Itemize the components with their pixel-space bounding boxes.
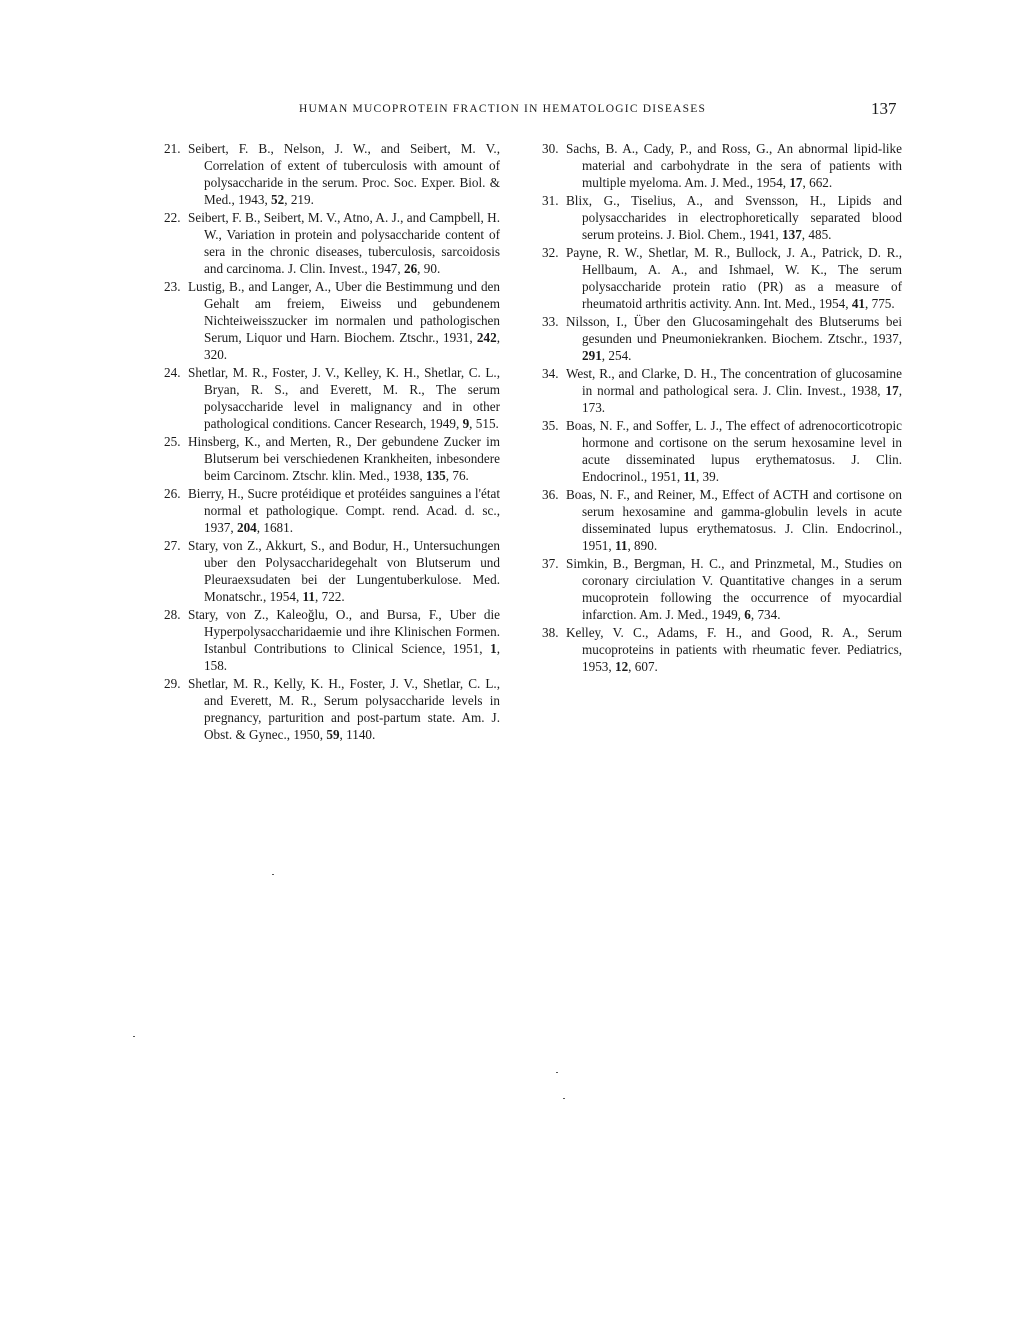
reference-pages: , 1140.: [340, 727, 376, 742]
reference-pages: , 775.: [865, 296, 895, 311]
reference-number: 21.: [164, 140, 188, 157]
reference-text: Shetlar, M. R., Foster, J. V., Kelley, K…: [188, 365, 500, 431]
reference-volume: 137: [782, 227, 802, 242]
reference-pages: , 607.: [628, 659, 658, 674]
reference-volume: 59: [326, 727, 339, 742]
reference-pages: , 254.: [602, 348, 632, 363]
reference-item: 24.Shetlar, M. R., Foster, J. V., Kelley…: [164, 364, 500, 432]
reference-text: West, R., and Clarke, D. H., The concent…: [566, 366, 902, 398]
reference-text: Bierry, H., Sucre protéidique et protéid…: [188, 486, 500, 535]
reference-volume: 12: [615, 659, 628, 674]
reference-number: 37.: [542, 555, 566, 572]
reference-number: 36.: [542, 486, 566, 503]
reference-number: 35.: [542, 417, 566, 434]
reference-pages: , 219.: [284, 192, 314, 207]
reference-text: Seibert, F. B., Nelson, J. W., and Seibe…: [188, 141, 500, 207]
reference-volume: 135: [426, 468, 446, 483]
reference-pages: , 90.: [417, 261, 440, 276]
reference-text: Boas, N. F., and Soffer, L. J., The effe…: [566, 418, 902, 484]
reference-text: Lustig, B., and Langer, A., Uber die Bes…: [188, 279, 500, 345]
reference-text: Blix, G., Tiselius, A., and Svensson, H.…: [566, 193, 902, 242]
reference-item: 23.Lustig, B., and Langer, A., Uber die …: [164, 278, 500, 363]
reference-volume: 41: [852, 296, 865, 311]
reference-item: 29.Shetlar, M. R., Kelly, K. H., Foster,…: [164, 675, 500, 743]
reference-item: 36.Boas, N. F., and Reiner, M., Effect o…: [542, 486, 902, 554]
reference-number: 30.: [542, 140, 566, 157]
reference-number: 34.: [542, 365, 566, 382]
reference-number: 22.: [164, 209, 188, 226]
reference-number: 27.: [164, 537, 188, 554]
reference-number: 24.: [164, 364, 188, 381]
reference-text: Stary, von Z., Kaleoğlu, O., and Bursa, …: [188, 607, 500, 656]
scan-speck: [556, 1072, 558, 1073]
reference-number: 28.: [164, 606, 188, 623]
reference-number: 29.: [164, 675, 188, 692]
reference-item: 25.Hinsberg, K., and Merten, R., Der geb…: [164, 433, 500, 484]
reference-item: 27.Stary, von Z., Akkurt, S., and Bodur,…: [164, 537, 500, 605]
reference-item: 30.Sachs, B. A., Cady, P., and Ross, G.,…: [542, 140, 902, 191]
reference-pages: , 515.: [469, 416, 499, 431]
reference-volume: 11: [683, 469, 695, 484]
page-number: 137: [871, 99, 897, 119]
reference-pages: , 890.: [627, 538, 657, 553]
references-column-left: 21.Seibert, F. B., Nelson, J. W., and Se…: [164, 140, 500, 744]
scan-speck: [133, 1036, 135, 1037]
reference-pages: , 39.: [696, 469, 719, 484]
scan-speck: [272, 874, 274, 875]
reference-text: Sachs, B. A., Cady, P., and Ross, G., An…: [566, 141, 902, 190]
reference-volume: 291: [582, 348, 602, 363]
reference-item: 34.West, R., and Clarke, D. H., The conc…: [542, 365, 902, 416]
reference-item: 32.Payne, R. W., Shetlar, M. R., Bullock…: [542, 244, 902, 312]
reference-pages: , 722.: [315, 589, 345, 604]
reference-pages: , 76.: [446, 468, 469, 483]
reference-text: Nilsson, I., Über den Glucosamingehalt d…: [566, 314, 902, 346]
reference-pages: , 485.: [802, 227, 832, 242]
reference-volume: 1: [490, 641, 497, 656]
reference-volume: 26: [404, 261, 417, 276]
reference-text: Seibert, F. B., Seibert, M. V., Atno, A.…: [188, 210, 500, 276]
reference-volume: 204: [237, 520, 257, 535]
reference-volume: 11: [615, 538, 627, 553]
reference-number: 33.: [542, 313, 566, 330]
reference-number: 32.: [542, 244, 566, 261]
running-head: HUMAN MUCOPROTEIN FRACTION IN HEMATOLOGI…: [299, 103, 706, 115]
reference-item: 26.Bierry, H., Sucre protéidique et prot…: [164, 485, 500, 536]
reference-number: 38.: [542, 624, 566, 641]
reference-pages: , 662.: [803, 175, 833, 190]
reference-item: 31.Blix, G., Tiselius, A., and Svensson,…: [542, 192, 902, 243]
reference-number: 23.: [164, 278, 188, 295]
reference-item: 28.Stary, von Z., Kaleoğlu, O., and Burs…: [164, 606, 500, 674]
reference-volume: 17: [789, 175, 802, 190]
reference-volume: 242: [477, 330, 497, 345]
reference-volume: 6: [744, 607, 751, 622]
reference-pages: , 1681.: [257, 520, 293, 535]
reference-volume: 52: [271, 192, 284, 207]
reference-item: 22.Seibert, F. B., Seibert, M. V., Atno,…: [164, 209, 500, 277]
reference-pages: , 734.: [751, 607, 781, 622]
reference-item: 37.Simkin, B., Bergman, H. C., and Prinz…: [542, 555, 902, 623]
reference-volume: 17: [886, 383, 899, 398]
reference-item: 21.Seibert, F. B., Nelson, J. W., and Se…: [164, 140, 500, 208]
reference-number: 31.: [542, 192, 566, 209]
reference-volume: 11: [303, 589, 315, 604]
references-column-right: 30.Sachs, B. A., Cady, P., and Ross, G.,…: [542, 140, 902, 676]
reference-item: 38.Kelley, V. C., Adams, F. H., and Good…: [542, 624, 902, 675]
reference-number: 26.: [164, 485, 188, 502]
reference-text: Simkin, B., Bergman, H. C., and Prinzmet…: [566, 556, 902, 622]
reference-number: 25.: [164, 433, 188, 450]
scan-speck: [563, 1098, 565, 1099]
reference-item: 35.Boas, N. F., and Soffer, L. J., The e…: [542, 417, 902, 485]
reference-item: 33.Nilsson, I., Über den Glucosamingehal…: [542, 313, 902, 364]
